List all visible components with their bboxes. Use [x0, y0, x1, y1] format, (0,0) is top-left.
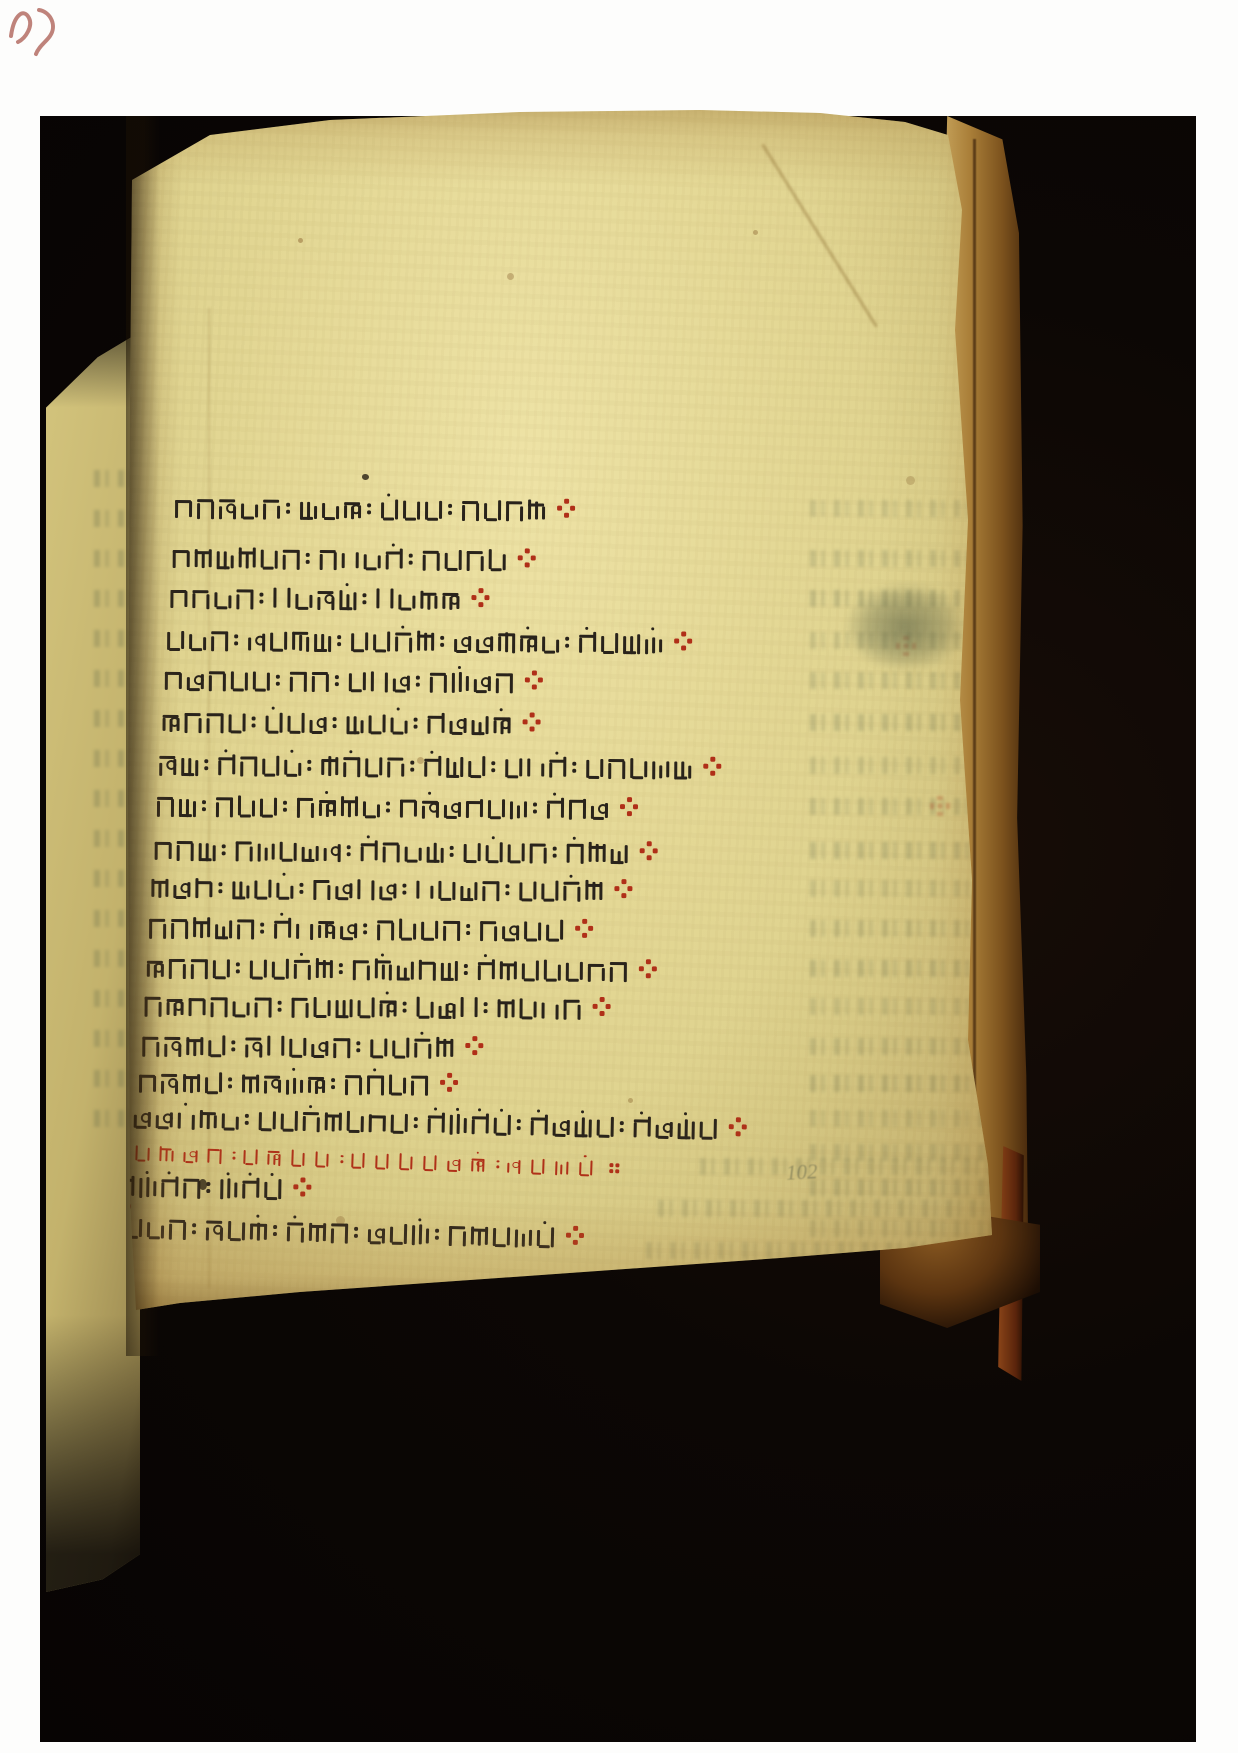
word-divider	[298, 876, 305, 900]
word-divider	[338, 956, 345, 980]
geez-glyph	[297, 794, 314, 818]
red-ink-scribble	[6, 2, 64, 62]
photo-black-background: 102	[40, 116, 1196, 1742]
geez-glyph	[192, 585, 209, 609]
geez-glyph	[165, 667, 182, 691]
text-line	[139, 1070, 458, 1100]
word-divider	[532, 795, 539, 819]
geez-glyph	[471, 1153, 485, 1173]
geez-glyph	[420, 587, 437, 611]
geez-glyph	[482, 877, 499, 901]
geez-glyph	[313, 876, 330, 900]
geez-glyph	[186, 1033, 203, 1057]
word-divider	[306, 753, 313, 777]
geez-glyph	[341, 794, 358, 818]
geez-glyph	[286, 1071, 303, 1095]
geez-glyph	[471, 1223, 489, 1247]
geez-glyph	[309, 710, 326, 734]
geez-glyph	[215, 915, 232, 939]
geez-glyph	[242, 1070, 259, 1094]
geez-glyph	[392, 1035, 409, 1059]
geez-glyph	[674, 755, 691, 779]
word-divider	[483, 995, 490, 1019]
text-line	[165, 667, 543, 698]
geez-glyph	[474, 669, 491, 693]
ink-stain	[845, 583, 967, 671]
geez-glyph	[531, 1155, 545, 1175]
geez-glyph	[284, 753, 301, 777]
word-divider	[217, 875, 224, 899]
geez-glyph	[505, 754, 522, 778]
geez-glyph	[351, 628, 368, 652]
red-section-mark	[293, 1176, 311, 1200]
geez-glyph	[287, 1218, 305, 1242]
bleedthrough-ghost-text	[810, 1110, 1008, 1127]
geez-glyph	[508, 839, 525, 863]
word-divider	[203, 752, 210, 776]
scribble-stroke-2	[36, 10, 53, 54]
word-divider	[331, 710, 338, 734]
word-divider	[362, 916, 369, 940]
geez-glyph	[424, 754, 441, 778]
geez-glyph	[445, 547, 462, 571]
geez-glyph	[321, 753, 338, 777]
geez-glyph	[248, 627, 265, 651]
geez-glyph	[519, 877, 536, 901]
text-line	[167, 627, 692, 659]
word-divider	[552, 840, 559, 864]
geez-glyph	[231, 667, 248, 691]
geez-glyph	[585, 878, 602, 902]
geez-glyph	[586, 755, 603, 779]
geez-glyph	[312, 668, 329, 692]
text-line	[155, 837, 658, 869]
geez-glyph	[255, 994, 272, 1018]
geez-glyph	[428, 1110, 445, 1134]
word-divider	[259, 916, 266, 940]
geez-glyph	[344, 496, 361, 520]
geez-glyph	[363, 794, 380, 818]
geez-glyph	[211, 993, 228, 1017]
geez-glyph	[220, 1175, 237, 1199]
geez-glyph	[393, 669, 410, 693]
word-divider	[465, 917, 472, 941]
geez-glyph	[520, 995, 537, 1019]
geez-glyph	[387, 753, 404, 777]
word-divider	[495, 1154, 501, 1173]
geez-glyph	[205, 1070, 222, 1094]
geez-glyph	[320, 546, 337, 570]
geez-glyph	[496, 669, 513, 693]
geez-glyph	[364, 546, 381, 570]
geez-glyph	[333, 1034, 350, 1058]
geez-glyph	[358, 994, 375, 1018]
geez-glyph	[171, 915, 188, 939]
geez-glyph	[369, 1109, 386, 1133]
geez-glyph	[263, 496, 280, 520]
word-divider	[619, 1114, 626, 1138]
word-divider	[402, 995, 409, 1019]
word-divider	[366, 496, 373, 520]
bleedthrough-ghost-text	[810, 1179, 1008, 1196]
geez-glyph	[314, 628, 331, 652]
geez-glyph	[608, 755, 625, 779]
geez-glyph	[309, 1219, 327, 1243]
geez-glyph	[427, 711, 444, 735]
geez-glyph	[303, 1108, 320, 1132]
geez-glyph	[270, 628, 287, 652]
ink-spot	[362, 474, 369, 480]
geez-glyph	[414, 1035, 431, 1059]
geez-glyph	[530, 839, 547, 863]
red-section-mark	[593, 996, 611, 1020]
geez-glyph	[250, 1217, 268, 1241]
word-divider	[330, 1071, 337, 1095]
geez-glyph	[222, 1106, 239, 1130]
geez-glyph	[324, 838, 341, 862]
word-divider	[235, 955, 242, 979]
geez-glyph	[478, 957, 495, 981]
geez-glyph	[419, 957, 436, 981]
geez-glyph	[575, 1113, 592, 1137]
geez-glyph	[380, 994, 397, 1018]
word-divider	[571, 755, 578, 779]
word-divider	[201, 793, 208, 817]
word-divider	[353, 1220, 361, 1244]
geez-glyph	[276, 876, 293, 900]
geez-glyph	[316, 956, 333, 980]
text-line	[175, 495, 575, 526]
geez-glyph	[208, 1033, 225, 1057]
geez-glyph	[379, 876, 396, 900]
geez-glyph	[300, 496, 317, 520]
geez-glyph	[289, 1034, 306, 1058]
word-divider	[346, 838, 353, 862]
geez-glyph	[179, 793, 196, 817]
word-divider	[277, 994, 284, 1018]
geez-glyph	[537, 1224, 555, 1248]
text-line	[170, 585, 489, 615]
geez-glyph	[239, 545, 256, 569]
folio-number-faint: 102	[785, 1159, 818, 1186]
geez-glyph	[211, 627, 228, 651]
geez-glyph	[228, 709, 245, 733]
geez-glyph	[494, 1112, 511, 1136]
geez-glyph	[250, 956, 267, 980]
geez-glyph	[377, 916, 394, 940]
geez-glyph	[245, 1033, 262, 1057]
geez-glyph	[189, 627, 206, 651]
geez-glyph	[589, 840, 606, 864]
geez-glyph	[462, 497, 479, 521]
geez-glyph	[541, 878, 558, 902]
geez-glyph	[652, 755, 669, 779]
geez-glyph	[527, 754, 544, 778]
geez-glyph	[493, 1223, 511, 1247]
geez-glyph	[507, 1154, 521, 1174]
geez-glyph	[506, 497, 523, 521]
geez-glyph	[361, 838, 378, 862]
geez-glyph	[308, 1071, 325, 1095]
geez-glyph	[200, 1106, 217, 1130]
geez-glyph	[187, 667, 204, 691]
geez-glyph	[161, 1070, 178, 1094]
geez-glyph	[427, 839, 444, 863]
foxing-spots	[298, 238, 303, 243]
geez-glyph	[218, 752, 235, 776]
geez-glyph	[232, 875, 249, 899]
geez-glyph	[342, 546, 359, 570]
word-divider	[408, 547, 415, 571]
geez-glyph	[461, 995, 478, 1019]
geez-glyph	[450, 1111, 467, 1135]
geez-glyph	[317, 586, 334, 610]
geez-glyph	[336, 994, 353, 1018]
geez-glyph	[436, 1035, 453, 1059]
geez-glyph	[267, 1146, 281, 1166]
word-divider	[233, 627, 240, 651]
geez-glyph	[390, 710, 407, 734]
geez-glyph	[412, 1221, 430, 1245]
geez-glyph	[449, 1222, 467, 1246]
word-divider	[282, 794, 289, 818]
geez-glyph	[634, 1114, 651, 1138]
geez-glyph	[170, 585, 187, 609]
geez-glyph	[169, 955, 186, 979]
geez-glyph	[515, 1223, 533, 1247]
geez-glyph	[417, 995, 434, 1019]
text-line	[142, 1033, 483, 1063]
geez-glyph	[460, 877, 477, 901]
geez-glyph	[416, 877, 433, 901]
word-divider	[439, 629, 446, 653]
geez-glyph	[197, 495, 214, 519]
ink-spot	[199, 1179, 207, 1190]
geez-glyph	[287, 710, 304, 734]
red-section-mark	[557, 498, 575, 522]
geez-glyph	[520, 629, 537, 653]
geez-glyph	[357, 876, 374, 900]
geez-glyph	[240, 752, 257, 776]
geez-glyph	[439, 995, 456, 1019]
text-line	[149, 915, 593, 946]
geez-glyph	[375, 1150, 389, 1170]
geez-glyph	[421, 917, 438, 941]
geez-glyph	[295, 586, 312, 610]
geez-glyph	[292, 994, 309, 1018]
geez-glyph	[371, 668, 388, 692]
geez-glyph	[319, 794, 336, 818]
geez-glyph	[175, 495, 192, 519]
red-section-mark	[525, 669, 543, 693]
word-divider	[285, 496, 292, 520]
geez-glyph	[547, 796, 564, 820]
geez-glyph	[391, 1110, 408, 1134]
geez-glyph	[169, 1216, 187, 1240]
geez-glyph	[630, 755, 647, 779]
text-line	[151, 875, 632, 906]
geez-glyph	[489, 547, 506, 571]
geez-glyph	[209, 667, 226, 691]
geez-glyph	[349, 668, 366, 692]
geez-glyph	[467, 547, 484, 571]
text-line	[144, 993, 610, 1024]
geez-glyph	[476, 629, 493, 653]
geez-glyph	[386, 546, 403, 570]
geez-glyph	[524, 917, 541, 941]
geez-glyph	[542, 996, 559, 1020]
word-divider	[361, 586, 368, 610]
red-section-mark	[518, 547, 536, 571]
red-section-mark	[703, 756, 721, 780]
geez-glyph	[238, 793, 255, 817]
geez-glyph	[191, 955, 208, 979]
word-divider	[564, 630, 571, 654]
geez-glyph	[411, 1072, 428, 1096]
geez-glyph	[242, 1176, 259, 1200]
manuscript-photo: 102	[0, 0, 1238, 1753]
geez-glyph	[549, 755, 566, 779]
geez-glyph	[237, 915, 254, 939]
geez-glyph	[498, 995, 515, 1019]
geez-glyph	[233, 993, 250, 1017]
geez-glyph	[544, 958, 561, 982]
geez-glyph	[254, 876, 271, 900]
geez-glyph	[471, 711, 488, 735]
geez-glyph	[480, 917, 497, 941]
geez-glyph	[579, 630, 596, 654]
geez-glyph	[368, 710, 385, 734]
bleedthrough-ghost-text	[658, 1200, 1006, 1217]
geez-glyph	[315, 1148, 329, 1168]
geez-glyph	[261, 546, 278, 570]
red-section-mark	[620, 796, 638, 820]
text-line	[147, 955, 657, 987]
word-divider	[305, 546, 312, 570]
geez-glyph	[181, 752, 198, 776]
geez-glyph	[405, 839, 422, 863]
geez-glyph	[253, 668, 270, 692]
geez-glyph	[444, 795, 461, 819]
geez-glyph	[564, 996, 581, 1020]
geez-glyph	[611, 840, 628, 864]
geez-glyph	[206, 1216, 224, 1240]
red-section-mark	[729, 1116, 747, 1140]
word-divider	[336, 628, 343, 652]
geez-glyph	[318, 916, 335, 940]
geez-glyph	[531, 1112, 548, 1136]
geez-glyph	[553, 1113, 570, 1137]
geez-glyph	[178, 1106, 195, 1130]
word-divider	[227, 1070, 234, 1094]
text-line	[157, 793, 638, 824]
word-divider	[191, 1216, 199, 1240]
geez-glyph	[314, 994, 331, 1018]
geez-glyph	[566, 958, 583, 982]
word-divider	[244, 1107, 251, 1131]
geez-glyph	[184, 709, 201, 733]
word-divider	[401, 877, 408, 901]
geez-glyph	[449, 711, 466, 735]
geez-glyph	[241, 495, 258, 519]
word-divider	[272, 1218, 280, 1242]
geez-glyph	[403, 497, 420, 521]
geez-glyph	[502, 917, 519, 941]
geez-glyph	[302, 838, 319, 862]
geez-glyph	[579, 1157, 593, 1177]
geez-glyph	[390, 1221, 408, 1245]
geez-glyph	[588, 958, 605, 982]
bleedthrough-ghost-text	[810, 1220, 1008, 1237]
geez-glyph	[311, 1034, 328, 1058]
word-divider	[412, 711, 419, 735]
geez-glyph	[213, 955, 230, 979]
word-divider	[504, 877, 511, 901]
geez-glyph	[422, 795, 439, 819]
geez-glyph	[159, 1143, 173, 1163]
red-section-mark	[639, 958, 657, 982]
word-divider	[449, 839, 456, 863]
geez-glyph	[645, 630, 662, 654]
geez-glyph	[262, 753, 279, 777]
geez-glyph	[522, 957, 539, 981]
geez-glyph	[417, 629, 434, 653]
geez-glyph	[343, 753, 360, 777]
geez-glyph	[447, 1152, 461, 1172]
geez-glyph	[510, 795, 527, 819]
geez-glyph	[542, 630, 559, 654]
geez-glyph	[291, 1147, 305, 1167]
geez-glyph	[468, 754, 485, 778]
word-divider	[385, 794, 392, 818]
geez-glyph	[193, 915, 210, 939]
geez-glyph	[195, 545, 212, 569]
geez-glyph	[423, 547, 440, 571]
manuscript-page: 102	[118, 98, 1018, 1338]
geez-glyph	[389, 1071, 406, 1095]
geez-glyph	[228, 1217, 246, 1241]
text-line	[162, 709, 540, 740]
geez-glyph	[273, 586, 290, 610]
geez-glyph	[383, 838, 400, 862]
geez-glyph	[292, 628, 309, 652]
geez-glyph	[347, 1109, 364, 1133]
word-divider	[334, 668, 341, 692]
geez-glyph	[400, 795, 417, 819]
geez-glyph	[656, 1115, 673, 1139]
geez-glyph	[425, 497, 442, 521]
red-section-mark	[614, 878, 632, 902]
red-section-mark	[440, 1072, 458, 1096]
geez-glyph	[206, 709, 223, 733]
geez-glyph	[322, 496, 339, 520]
geez-glyph	[423, 1151, 437, 1171]
geez-glyph	[591, 796, 608, 820]
geez-glyph	[290, 668, 307, 692]
geez-glyph	[258, 838, 275, 862]
geez-glyph	[623, 630, 640, 654]
geez-glyph	[331, 1219, 349, 1243]
geez-glyph	[173, 875, 190, 899]
geez-glyph	[167, 627, 184, 651]
geez-glyph	[373, 628, 390, 652]
geez-glyph	[346, 710, 363, 734]
geez-glyph	[283, 546, 300, 570]
geez-glyph	[446, 754, 463, 778]
geez-glyph	[351, 1149, 365, 1169]
text-line	[159, 752, 721, 784]
geez-glyph	[339, 586, 356, 610]
